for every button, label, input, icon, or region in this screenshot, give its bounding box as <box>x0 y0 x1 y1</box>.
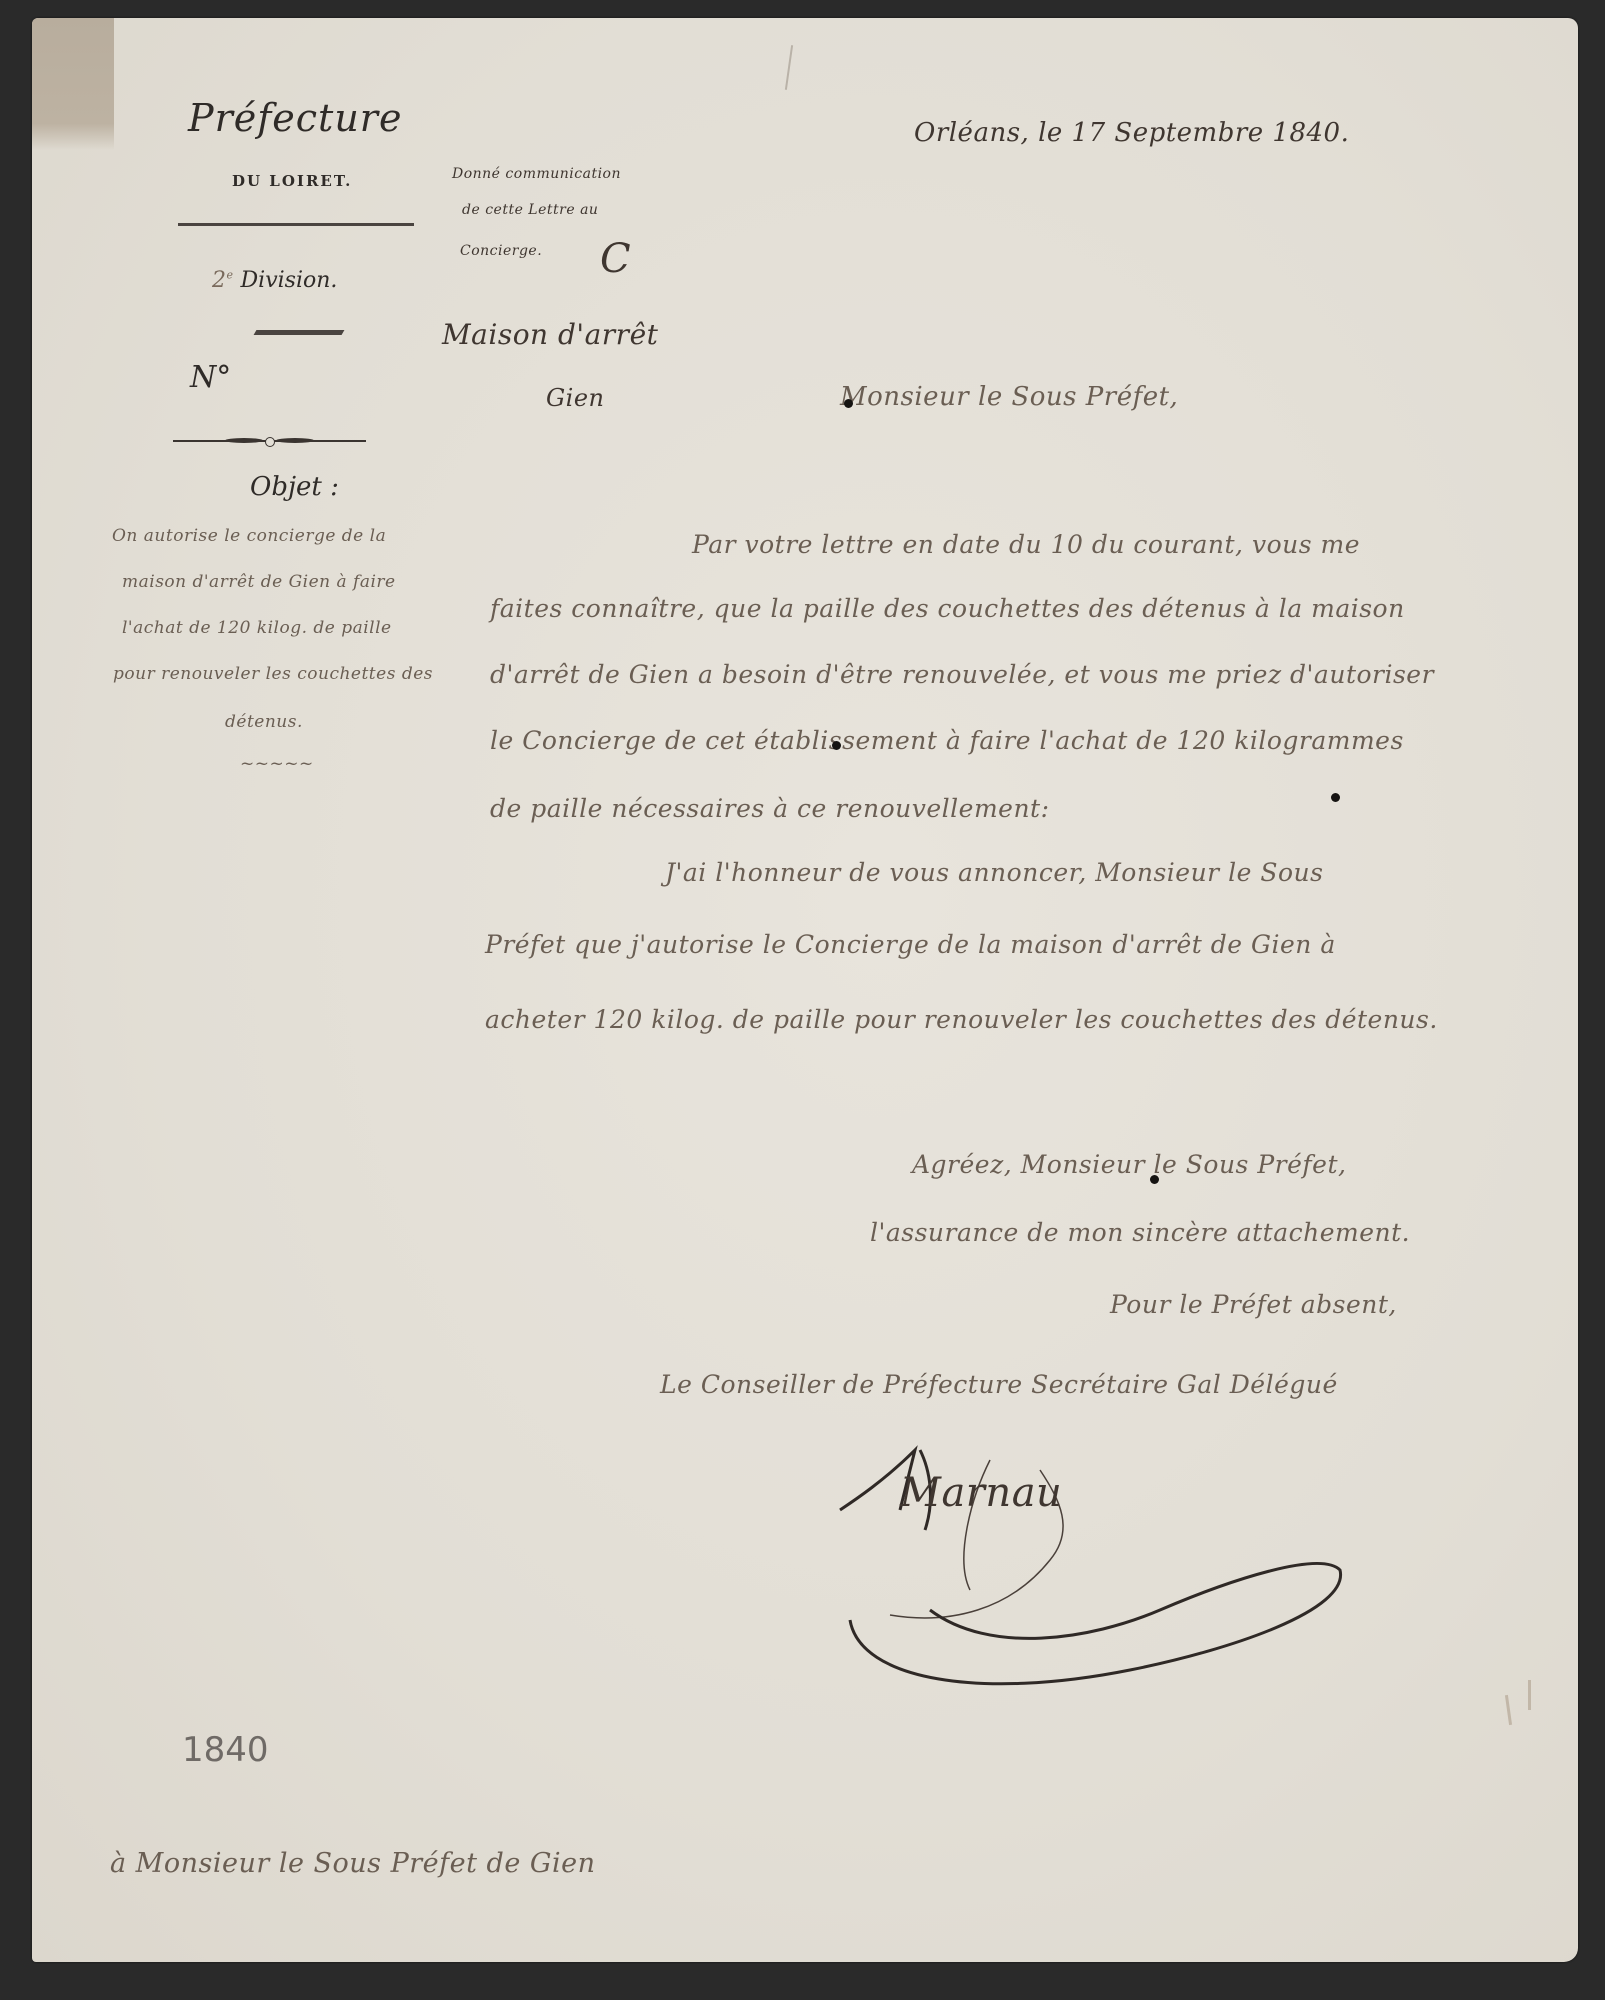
division-suffix: e <box>227 269 234 282</box>
body-line: faites connaître, que la paille des couc… <box>490 594 1405 623</box>
body-line: acheter 120 kilog. de paille pour renouv… <box>485 1005 1438 1034</box>
salutation: Monsieur le Sous Préfet, <box>840 382 1178 412</box>
margin-note-line: de cette Lettre au <box>462 202 598 218</box>
margin-note-line: Donné communication <box>452 166 621 182</box>
division-number: 2 <box>212 268 227 293</box>
margin-note-line: Concierge. <box>460 243 542 259</box>
address-line: à Monsieur le Sous Préfet de Gien <box>110 1848 595 1879</box>
closing-line: l'assurance de mon sincère attachement. <box>870 1218 1410 1247</box>
body-line: de paille nécessaires à ce renouvellemen… <box>490 794 1050 823</box>
ink-speck <box>844 399 853 408</box>
destination-line-2: Gien <box>546 384 605 412</box>
margin-note-initial: C <box>600 236 631 282</box>
objet-squiggle: ~~~~~ <box>240 754 314 774</box>
signatory-title: Le Conseiller de Préfecture Secrétaire G… <box>660 1370 1338 1399</box>
objet-heading: Objet : <box>250 472 339 502</box>
ornament-right <box>276 438 314 443</box>
division-text: Division. <box>241 268 338 293</box>
destination-line-1: Maison d'arrêt <box>442 318 658 351</box>
objet-line: détenus. <box>225 712 303 732</box>
ink-speck <box>832 741 841 750</box>
objet-line: pour renouveler les couchettes des <box>113 664 433 684</box>
ink-speck <box>1150 1175 1159 1184</box>
division-label: 2e Division. <box>212 268 337 293</box>
signature: Marnau <box>830 1440 1360 1710</box>
letterhead-rule <box>178 223 414 226</box>
body-line: J'ai l'honneur de vous annoncer, Monsieu… <box>665 858 1323 887</box>
objet-line: On autorise le concierge de la <box>112 526 386 546</box>
signatory-line: Pour le Préfet absent, <box>1110 1290 1397 1319</box>
objet-line: maison d'arrêt de Gien à faire <box>122 572 396 592</box>
body-line: Préfet que j'autorise le Concierge de la… <box>485 930 1336 959</box>
pencil-year: 1840 <box>182 1730 269 1770</box>
letterhead-title: Préfecture <box>188 96 402 140</box>
paper-stain <box>32 18 114 150</box>
ornament-center-icon <box>265 437 275 447</box>
body-line: le Concierge de cet établissement à fair… <box>490 726 1404 755</box>
signature-text: Marnau <box>900 1470 1062 1516</box>
faint-mark <box>1528 1680 1531 1710</box>
short-rule <box>254 330 345 335</box>
closing-line: Agréez, Monsieur le Sous Préfet, <box>912 1150 1346 1179</box>
numero-label: N° <box>190 360 231 395</box>
body-line: Par votre lettre en date du 10 du couran… <box>692 530 1360 559</box>
body-line: d'arrêt de Gien a besoin d'être renouvel… <box>490 660 1434 689</box>
ornament-left <box>225 438 263 443</box>
ink-speck <box>1331 793 1340 802</box>
date-line: Orléans, le 17 Septembre 1840. <box>914 118 1349 148</box>
objet-line: l'achat de 120 kilog. de paille <box>122 618 392 638</box>
letterhead-subtitle: DU LOIRET. <box>232 172 352 190</box>
